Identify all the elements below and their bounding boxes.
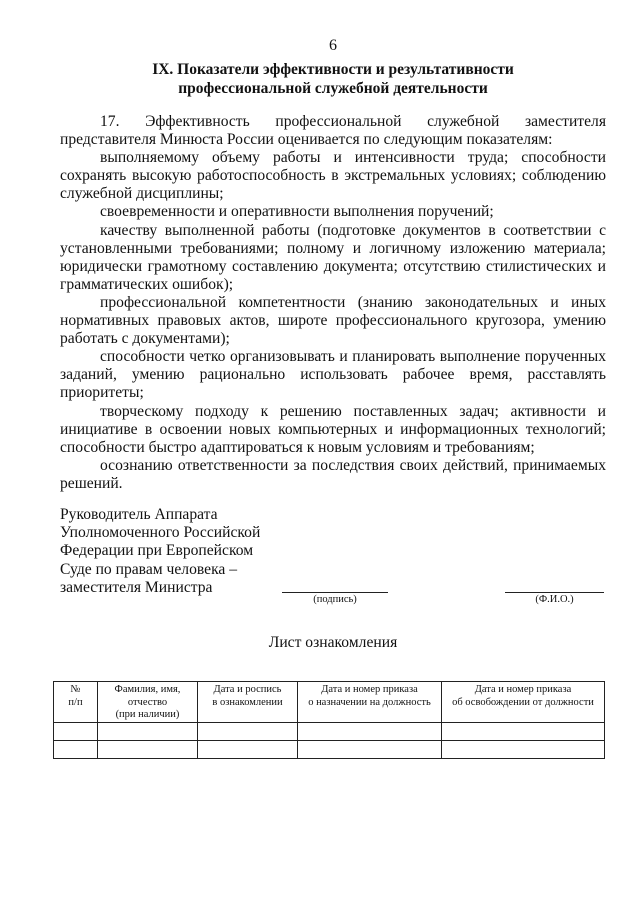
table-cell[interactable] [98, 740, 198, 758]
acknowledgement-table: № п/п Фамилия, имя, отчество (при наличи… [53, 681, 605, 759]
table-cell[interactable] [198, 722, 298, 740]
section-title: IX. Показатели эффективности и результат… [60, 61, 606, 98]
name-caption: (Ф.И.О.) [505, 594, 604, 606]
paragraph-organization: способности четко организовывать и плани… [60, 348, 606, 402]
paragraph-intro: 17. Эффективность профессиональной служе… [60, 113, 606, 149]
table-cell[interactable] [298, 722, 442, 740]
table-cell[interactable] [54, 722, 98, 740]
column-header-appointment-order: Дата и номер приказа о назначении на дол… [298, 682, 442, 723]
name-line[interactable] [505, 592, 604, 593]
table-cell[interactable] [98, 722, 198, 740]
signature-line[interactable] [282, 592, 388, 593]
table-cell[interactable] [442, 722, 605, 740]
column-header-date-signature: Дата и роспись в ознакомлении [198, 682, 298, 723]
table-cell[interactable] [198, 740, 298, 758]
acknowledgement-title: Лист ознакомления [0, 634, 640, 652]
section-title-line-2: профессиональной служебной деятельности [60, 80, 606, 99]
paragraph-creativity: творческому подходу к решению поставленн… [60, 403, 606, 457]
table-cell[interactable] [442, 740, 605, 758]
page-number: 6 [0, 37, 640, 55]
column-header-dismissal-order: Дата и номер приказа об освобождении от … [442, 682, 605, 723]
table-cell[interactable] [298, 740, 442, 758]
table-cell[interactable] [54, 740, 98, 758]
signature-caption: (подпись) [282, 594, 388, 606]
paragraph-workload: выполняемому объему работы и интенсивнос… [60, 149, 606, 203]
signatory-position: Руководитель Аппарата Уполномоченного Ро… [60, 506, 260, 597]
signatory-line-1: Руководитель Аппарата [60, 506, 260, 524]
signatory-line-3: Федерации при Европейском [60, 542, 260, 560]
table-row [54, 740, 605, 758]
paragraph-competence: профессиональной компетентности (знанию … [60, 294, 606, 348]
paragraph-responsibility: осознанию ответственности за последствия… [60, 457, 606, 493]
column-header-full-name: Фамилия, имя, отчество (при наличии) [98, 682, 198, 723]
section-title-line-1: IX. Показатели эффективности и результат… [60, 61, 606, 80]
signatory-line-4: Суде по правам человека – [60, 561, 260, 579]
paragraph-timeliness: своевременности и оперативности выполнен… [60, 203, 606, 221]
table-row [54, 722, 605, 740]
signatory-line-5: заместителя Министра [60, 579, 260, 597]
indicators-text: 17. Эффективность профессиональной служе… [60, 113, 606, 493]
paragraph-quality: качеству выполненной работы (подготовке … [60, 222, 606, 294]
signatory-line-2: Уполномоченного Российской [60, 524, 260, 542]
table-header-row: № п/п Фамилия, имя, отчество (при наличи… [54, 682, 605, 723]
column-header-number: № п/п [54, 682, 98, 723]
